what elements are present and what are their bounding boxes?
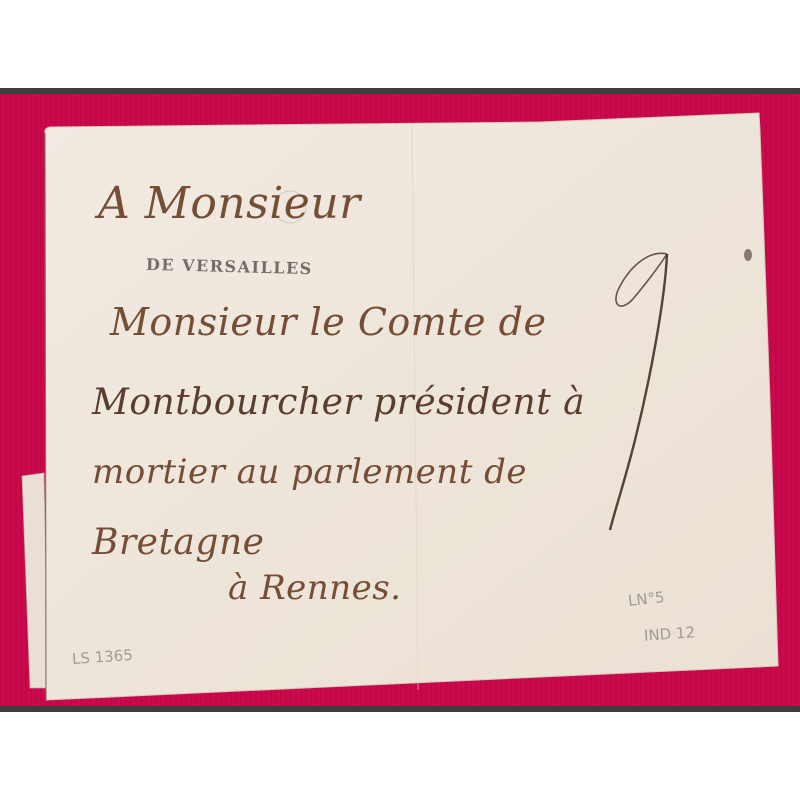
letter-sheet — [0, 0, 800, 800]
